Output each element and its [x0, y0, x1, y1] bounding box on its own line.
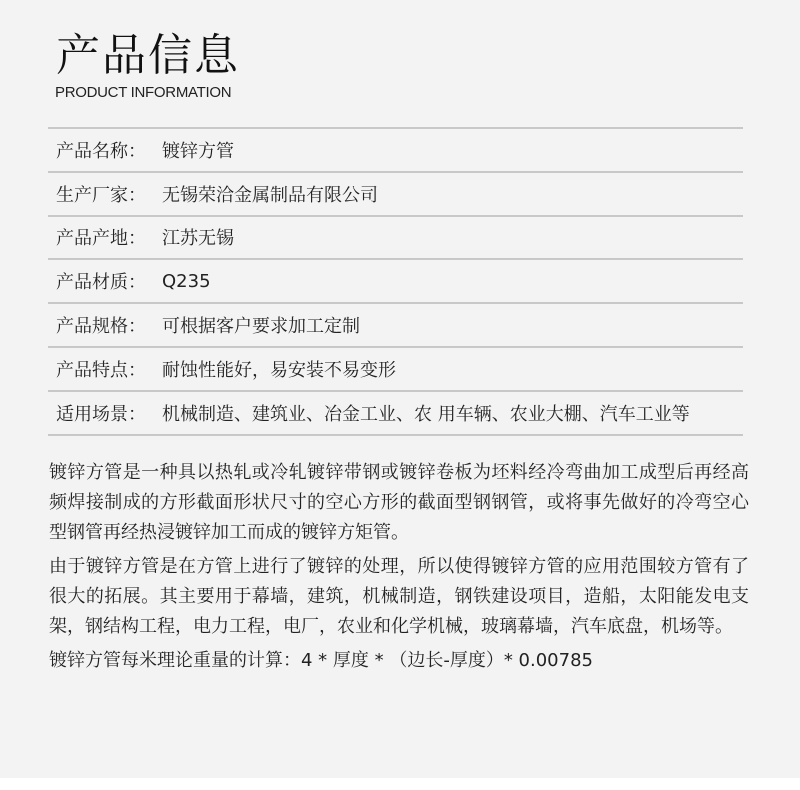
spec-value: 江苏无锡: [162, 224, 234, 250]
spec-row-origin: 产品产地： 江苏无锡: [48, 217, 743, 261]
spec-value: 耐蚀性能好，易安装不易变形: [162, 356, 396, 382]
spec-label: 生产厂家：: [48, 181, 162, 207]
product-description: 镀锌方管是一种具以热轧或冷轧镀锌带钢或镀锌卷板为坯料经冷弯曲加工成型后再经高频焊…: [49, 458, 749, 680]
spec-label: 产品规格：: [48, 312, 162, 338]
spec-row-name: 产品名称： 镀锌方管: [48, 129, 743, 173]
section-subtitle: PRODUCT INFORMATION: [55, 84, 231, 102]
spec-label: 产品特点：: [48, 356, 162, 382]
spec-value: 机械制造、建筑业、冶金工业、农 用车辆、农业大棚、汽车工业等: [162, 400, 690, 426]
spec-row-manufacturer: 生产厂家： 无锡荣洽金属制品有限公司: [48, 173, 743, 217]
spec-value: 镀锌方管: [162, 137, 234, 163]
description-paragraph: 由于镀锌方管是在方管上进行了镀锌的处理，所以使得镀锌方管的应用范围较方管有了很大…: [49, 552, 749, 642]
spec-row-specification: 产品规格： 可根据客户要求加工定制: [48, 304, 743, 348]
spec-row-applications: 适用场景： 机械制造、建筑业、冶金工业、农 用车辆、农业大棚、汽车工业等: [48, 392, 743, 436]
section-title: 产品信息: [56, 30, 240, 82]
spec-label: 适用场景：: [48, 400, 162, 426]
spec-label: 产品名称：: [48, 137, 162, 163]
weight-formula: 镀锌方管每米理论重量的计算：4 * 厚度 * （边长-厚度）* 0.00785: [49, 646, 749, 676]
spec-label: 产品产地：: [48, 224, 162, 250]
spec-label: 产品材质：: [48, 268, 162, 294]
description-paragraph: 镀锌方管是一种具以热轧或冷轧镀锌带钢或镀锌卷板为坯料经冷弯曲加工成型后再经高频焊…: [49, 458, 749, 548]
spec-row-features: 产品特点： 耐蚀性能好，易安装不易变形: [48, 348, 743, 392]
spec-table: 产品名称： 镀锌方管 生产厂家： 无锡荣洽金属制品有限公司 产品产地： 江苏无锡…: [48, 127, 743, 436]
spec-value: 无锡荣洽金属制品有限公司: [162, 181, 378, 207]
spec-value: 可根据客户要求加工定制: [162, 312, 360, 338]
spec-value: Q235: [162, 271, 211, 292]
product-info-panel: 产品信息 PRODUCT INFORMATION 产品名称： 镀锌方管 生产厂家…: [0, 0, 800, 778]
spec-row-material: 产品材质： Q235: [48, 260, 743, 304]
